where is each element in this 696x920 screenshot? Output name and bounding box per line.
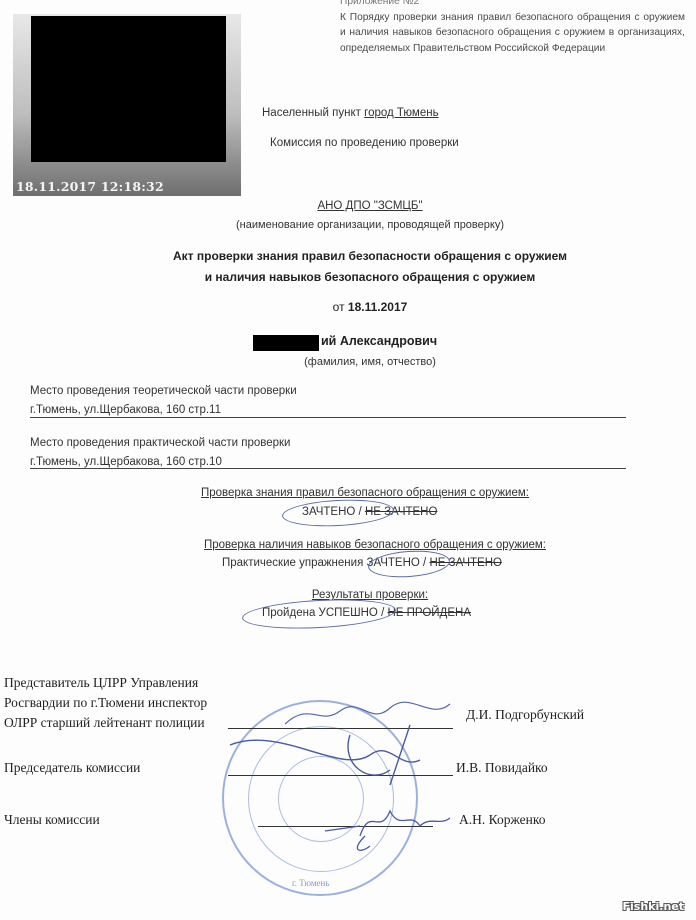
signatory-2-role: Председатель комиссии <box>4 760 140 776</box>
selection-circle <box>281 497 394 529</box>
locality: Населенный пункт город Тюмень <box>262 107 439 119</box>
act-title-line2: и наличия навыков безопасного обращения … <box>120 270 620 284</box>
result-struck: НЕ ПРОЙДЕНА <box>387 607 471 619</box>
locality-label: Населенный пункт <box>262 107 361 119</box>
watermark: Fishki.net <box>623 900 684 913</box>
appendix-title: Приложение №2 <box>340 0 685 10</box>
signatory-1-name: Д.И. Подгорбунский <box>466 707 584 723</box>
photo-timestamp: 18.11.2017 12:18:32 <box>16 179 164 194</box>
result-heading: Результаты проверки: <box>160 589 580 601</box>
skills-prefix: Практические упражнения <box>222 557 363 569</box>
knowledge-check-heading: Проверка знания правил безопасного обращ… <box>160 487 570 499</box>
signatory-3-role: Члены комиссии <box>4 812 100 828</box>
selection-circle <box>367 548 451 580</box>
act-date: от 18.11.2017 <box>160 300 580 314</box>
signature-3 <box>320 796 460 856</box>
locality-value: город Тюмень <box>364 107 438 119</box>
applicant-photo: 18.11.2017 12:18:32 <box>13 14 241 196</box>
act-title-line1: Акт проверки знания правил безопасности … <box>120 249 620 263</box>
practice-place-value: г.Тюмень, ул.Щербакова, 160 стр.10 <box>30 456 222 468</box>
underline <box>30 468 626 469</box>
selection-circle <box>241 596 396 632</box>
name-redaction <box>253 335 319 351</box>
skills-check-heading: Проверка наличия навыков безопасного обр… <box>160 539 590 551</box>
theory-place-value: г.Тюмень, ул.Щербакова, 160 стр.11 <box>30 404 221 416</box>
appendix-note: Приложение №2 К Порядку проверки знания … <box>340 0 685 56</box>
seal-city: г. Тюмень <box>292 878 329 888</box>
commission-title: Комиссия по проведению проверки <box>270 137 459 149</box>
person-caption: (фамилия, имя, отчество) <box>160 356 580 368</box>
organization-caption: (наименование организации, проводящей пр… <box>160 219 580 231</box>
act-date-prefix: от <box>333 300 345 314</box>
redaction-block <box>31 16 226 162</box>
signatory-1-role: Представитель ЦЛРР Управления Росгвардии… <box>4 673 207 733</box>
signature-2 <box>220 715 440 795</box>
act-date-value: 18.11.2017 <box>348 300 407 314</box>
skills-check-result: Практические упражнения ЗАЧТЕНО / НЕ ЗАЧ… <box>222 557 502 569</box>
underline <box>30 417 626 418</box>
appendix-text: К Порядку проверки знания правил безопас… <box>340 10 685 57</box>
theory-place-label: Место проведения теоретической части про… <box>30 385 297 397</box>
practice-place-label: Место проведения практической части пров… <box>30 437 290 449</box>
signatory-2-name: И.В. Повидайко <box>456 760 548 776</box>
signatory-3-name: А.Н. Корженко <box>459 812 545 828</box>
organization-name: АНО ДПО "ЗСМЦБ" <box>317 200 422 212</box>
person-name: ий Александрович <box>321 334 437 348</box>
